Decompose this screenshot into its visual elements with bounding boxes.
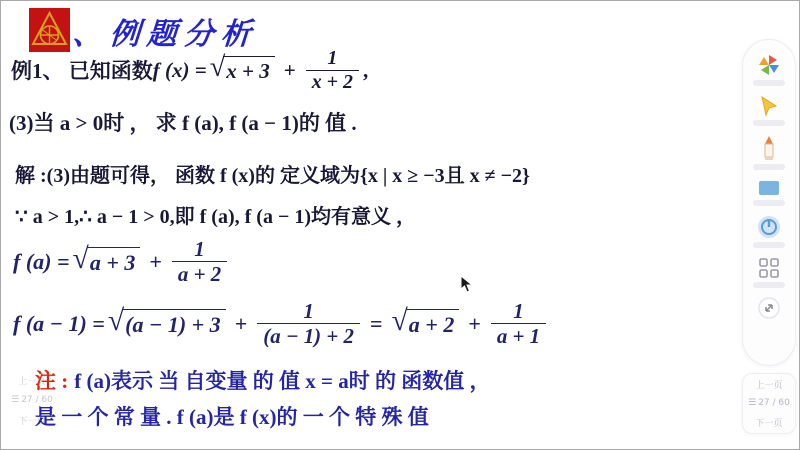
expand-tool-button[interactable]: [758, 297, 780, 319]
rectangle-icon: [757, 179, 781, 197]
numerator: 1: [188, 237, 210, 261]
brand-logo: [29, 8, 70, 52]
next-page-button[interactable]: 下一页: [755, 416, 782, 429]
radicand: a + 3: [87, 247, 141, 276]
denominator: x + 2: [306, 70, 359, 94]
slide: 、例题分析 例1、 已知函数 f (x) = √ x + 3 + 1 x + 2…: [0, 0, 800, 450]
rectangle-tool-button[interactable]: [753, 179, 785, 206]
radical-sign: √: [391, 307, 407, 337]
pinwheel-tool-button[interactable]: [753, 53, 785, 86]
denominator: a + 2: [172, 261, 227, 286]
page-indicator-value: 27 / 60: [758, 398, 790, 408]
page-indicator: ☰ 27 / 60: [748, 398, 790, 408]
plus-operator: +: [149, 249, 162, 275]
note-line-1: 注 :f (a)表示 当 自变量 的 值 x = a时 的 函数值 ，: [35, 365, 490, 395]
solution-line-2: ∵ a > 1,∴ a − 1 > 0,即 f (a), f (a − 1)均有…: [15, 200, 416, 229]
problem-intro: 例1、 已知函数: [11, 55, 153, 85]
note-text-1: f (a)表示 当 自变量 的 值 x = a时 的 函数值 ，: [74, 369, 490, 393]
power-tool-button[interactable]: [753, 215, 785, 248]
numerator: 1: [297, 299, 319, 323]
fa-formula: f (a) = √ a + 3 + 1 a + 2: [13, 237, 231, 286]
grid-tool-button[interactable]: [753, 257, 785, 288]
pager-right: 上一页 ☰ 27 / 60 下一页: [742, 373, 796, 434]
problem-line-1: 例1、 已知函数 f (x) = √ x + 3 + 1 x + 2 ,: [11, 47, 368, 94]
radical: √ x + 3: [210, 56, 275, 84]
fraction: 1 a + 1: [491, 299, 546, 348]
menu-icon: ☰: [11, 395, 19, 405]
fa1-formula: f (a − 1) = √ (a − 1) + 3 + 1 (a − 1) + …: [13, 299, 550, 348]
tool-label: [753, 242, 785, 248]
prev-page-button[interactable]: 上一页: [755, 378, 782, 391]
radicand: a + 2: [406, 309, 460, 338]
pinwheel-icon: [757, 53, 781, 77]
radicand: x + 3: [223, 56, 274, 84]
fraction: 1 x + 2: [306, 47, 359, 94]
fraction: 1 (a − 1) + 2: [257, 299, 360, 348]
fa1-lhs: f (a − 1) =: [13, 311, 105, 337]
mouse-cursor-icon: [460, 275, 474, 298]
note-label: 注 :: [35, 369, 68, 393]
right-toolbar: [742, 39, 796, 366]
plus-operator: +: [235, 311, 248, 337]
tool-label: [753, 282, 785, 288]
denominator: a + 1: [491, 323, 546, 348]
pointer-tool-button[interactable]: [753, 95, 785, 126]
tool-label: [753, 120, 785, 126]
numerator: 1: [321, 47, 343, 70]
radical-sign: √: [73, 245, 89, 275]
fx-lhs: f (x) =: [153, 58, 207, 83]
fraction: 1 a + 2: [172, 237, 227, 286]
grid-icon: [758, 257, 780, 279]
power-icon: [757, 215, 781, 239]
pencil-tool-button[interactable]: [753, 135, 785, 170]
radicand: (a − 1) + 3: [122, 309, 226, 338]
radical: √ (a − 1) + 3: [108, 309, 226, 339]
solution-line-1: 解 :(3)由题可得， 函数 f (x)的 定义域为{x | x ≥ −3且 x…: [15, 159, 530, 188]
expand-icon: [758, 297, 780, 319]
plus-operator: +: [284, 58, 296, 83]
numerator: 1: [507, 299, 529, 323]
pencil-icon: [758, 135, 780, 161]
note-line-2: 是 一 个 常 量 . f (a)是 f (x)的 一 个 特 殊 值: [35, 401, 429, 431]
plus-operator: +: [468, 311, 481, 337]
radical: √ a + 2: [391, 309, 459, 339]
tool-label: [753, 80, 785, 86]
tool-label: [753, 200, 785, 206]
equals-operator: =: [370, 311, 383, 337]
radical-sign: √: [108, 307, 124, 337]
problem-line-2: (3)当 a > 0时 ， 求 f (a), f (a − 1)的 值 .: [9, 107, 357, 137]
tool-label: [753, 164, 785, 170]
denominator: (a − 1) + 2: [257, 323, 360, 348]
radical-sign: √: [210, 54, 226, 82]
brand-logo-icon: [29, 8, 70, 52]
comma: ,: [363, 58, 368, 83]
radical: √ a + 3: [73, 247, 141, 277]
pointer-icon: [758, 95, 780, 117]
menu-icon: ☰: [748, 398, 756, 408]
fa-lhs: f (a) =: [13, 249, 70, 275]
